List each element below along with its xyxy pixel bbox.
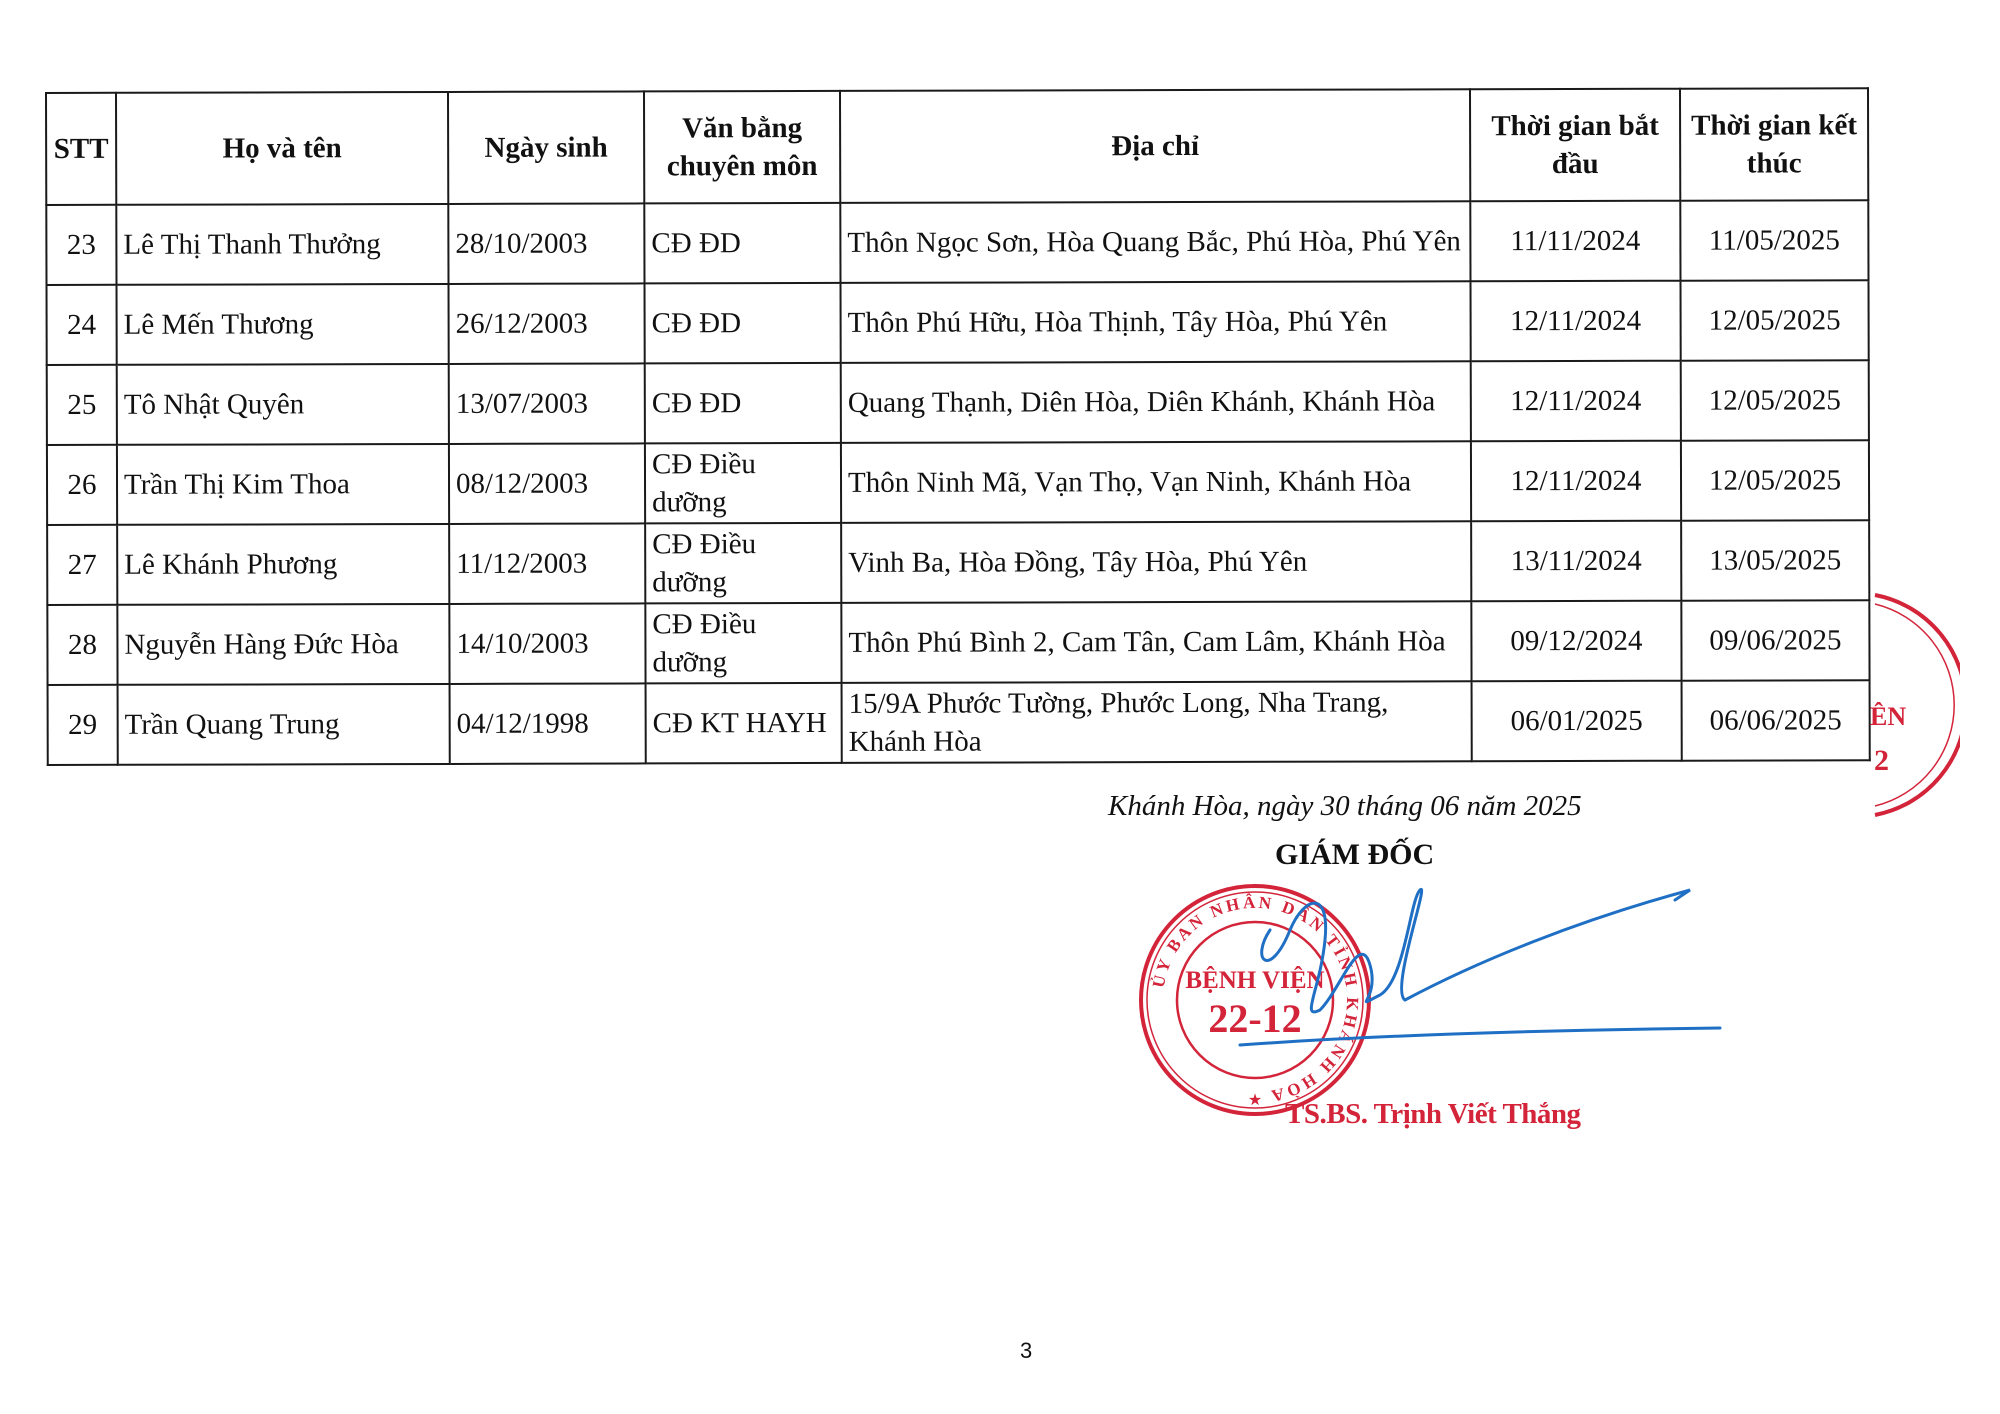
cell-degree: CĐ ĐD xyxy=(645,363,841,444)
cell-name: Lê Khánh Phương xyxy=(117,524,449,605)
cell-degree: CĐ ĐD xyxy=(644,203,840,284)
cell-dob: 04/12/1998 xyxy=(450,683,646,764)
cell-start: 11/11/2024 xyxy=(1470,201,1680,282)
cell-stt: 23 xyxy=(46,205,116,285)
cell-name: Tô Nhật Quyên xyxy=(117,364,449,445)
header-end: Thời gian kết thúc xyxy=(1680,88,1868,200)
partial-stamp-icon: ÊN 2 xyxy=(1870,590,1960,820)
table-header-row: STT Họ và tên Ngày sinh Văn bằng chuyên … xyxy=(46,88,1868,205)
header-stt: STT xyxy=(46,93,116,205)
cell-name: Lê Mến Thương xyxy=(117,284,449,365)
cell-dob: 14/10/2003 xyxy=(449,603,645,684)
cell-stt: 25 xyxy=(47,365,117,445)
cell-address: Thôn Ngọc Sơn, Hòa Quang Bắc, Phú Hòa, P… xyxy=(840,201,1470,283)
cell-end: 09/06/2025 xyxy=(1681,600,1869,680)
cell-address: 15/9A Phước Tường, Phước Long, Nha Trang… xyxy=(842,681,1472,763)
cell-name: Lê Thị Thanh Thưởng xyxy=(116,204,448,285)
cell-address: Thôn Ninh Mã, Vạn Thọ, Vạn Ninh, Khánh H… xyxy=(841,441,1471,523)
cell-stt: 29 xyxy=(48,685,118,765)
table-row: 24Lê Mến Thương26/12/2003CĐ ĐDThôn Phú H… xyxy=(47,280,1869,365)
cell-start: 12/11/2024 xyxy=(1471,441,1681,522)
cell-start: 12/11/2024 xyxy=(1471,361,1681,442)
cell-dob: 13/07/2003 xyxy=(449,363,645,444)
cell-dob: 08/12/2003 xyxy=(449,443,645,524)
cell-start: 12/11/2024 xyxy=(1471,281,1681,362)
table-body: 23Lê Thị Thanh Thưởng28/10/2003CĐ ĐDThôn… xyxy=(46,200,1869,765)
signature-icon xyxy=(1230,870,1750,1060)
cell-name: Nguyễn Hàng Đức Hòa xyxy=(117,604,449,685)
place-date: Khánh Hòa, ngày 30 tháng 06 năm 2025 xyxy=(1108,790,1582,823)
table-row: 28Nguyễn Hàng Đức Hòa14/10/2003CĐ Điều d… xyxy=(47,600,1869,685)
header-dob: Ngày sinh xyxy=(448,91,644,204)
cell-end: 12/05/2025 xyxy=(1681,360,1869,440)
cell-name: Trần Quang Trung xyxy=(118,684,450,765)
cell-name: Trần Thị Kim Thoa xyxy=(117,444,449,525)
cell-dob: 28/10/2003 xyxy=(448,203,644,284)
signatory-title: GIÁM ĐỐC xyxy=(1275,838,1434,872)
table-row: 26Trần Thị Kim Thoa08/12/2003CĐ Điều dưỡ… xyxy=(47,440,1869,525)
table-row: 27Lê Khánh Phương11/12/2003CĐ Điều dưỡng… xyxy=(47,520,1869,605)
cell-address: Thôn Phú Hữu, Hòa Thịnh, Tây Hòa, Phú Yê… xyxy=(841,281,1471,363)
cell-end: 12/05/2025 xyxy=(1680,280,1868,360)
stamp-star-icon: ★ xyxy=(1248,1092,1262,1109)
cell-degree: CĐ ĐD xyxy=(645,283,841,364)
cell-stt: 28 xyxy=(47,605,117,685)
table-row: 23Lê Thị Thanh Thưởng28/10/2003CĐ ĐDThôn… xyxy=(46,200,1868,285)
svg-text:2: 2 xyxy=(1874,744,1889,777)
cell-stt: 24 xyxy=(47,285,117,365)
cell-address: Vinh Ba, Hòa Đồng, Tây Hòa, Phú Yên xyxy=(841,521,1471,603)
cell-dob: 11/12/2003 xyxy=(449,523,645,604)
cell-dob: 26/12/2003 xyxy=(449,283,645,364)
cell-degree: CĐ Điều dưỡng xyxy=(645,603,841,684)
cell-end: 11/05/2025 xyxy=(1680,200,1868,280)
cell-end: 12/05/2025 xyxy=(1681,440,1869,520)
header-start: Thời gian bắt đầu xyxy=(1470,89,1680,202)
cell-start: 09/12/2024 xyxy=(1471,601,1681,682)
header-name: Họ và tên xyxy=(116,92,448,205)
cell-degree: CĐ Điều dưỡng xyxy=(645,443,841,524)
cell-stt: 27 xyxy=(47,525,117,605)
header-degree: Văn bằng chuyên môn xyxy=(644,91,840,204)
header-address: Địa chỉ xyxy=(840,89,1470,203)
table-row: 29Trần Quang Trung04/12/1998CĐ KT HAYH15… xyxy=(48,680,1870,765)
cell-start: 13/11/2024 xyxy=(1471,521,1681,602)
cell-end: 13/05/2025 xyxy=(1681,520,1869,600)
cell-degree: CĐ Điều dưỡng xyxy=(645,523,841,604)
table-row: 25Tô Nhật Quyên13/07/2003CĐ ĐDQuang Thạn… xyxy=(47,360,1869,445)
cell-degree: CĐ KT HAYH xyxy=(646,683,842,764)
cell-stt: 26 xyxy=(47,445,117,525)
signer-name: TS.BS. Trịnh Viết Thắng xyxy=(1285,1098,1581,1131)
cell-address: Quang Thạnh, Diên Hòa, Diên Khánh, Khánh… xyxy=(841,361,1471,443)
cell-address: Thôn Phú Bình 2, Cam Tân, Cam Lâm, Khánh… xyxy=(841,601,1471,683)
svg-text:ÊN: ÊN xyxy=(1870,702,1906,731)
page-number: 3 xyxy=(1020,1338,1032,1364)
cell-end: 06/06/2025 xyxy=(1682,680,1870,760)
trainee-table: STT Họ và tên Ngày sinh Văn bằng chuyên … xyxy=(45,87,1871,766)
cell-start: 06/01/2025 xyxy=(1472,681,1682,762)
